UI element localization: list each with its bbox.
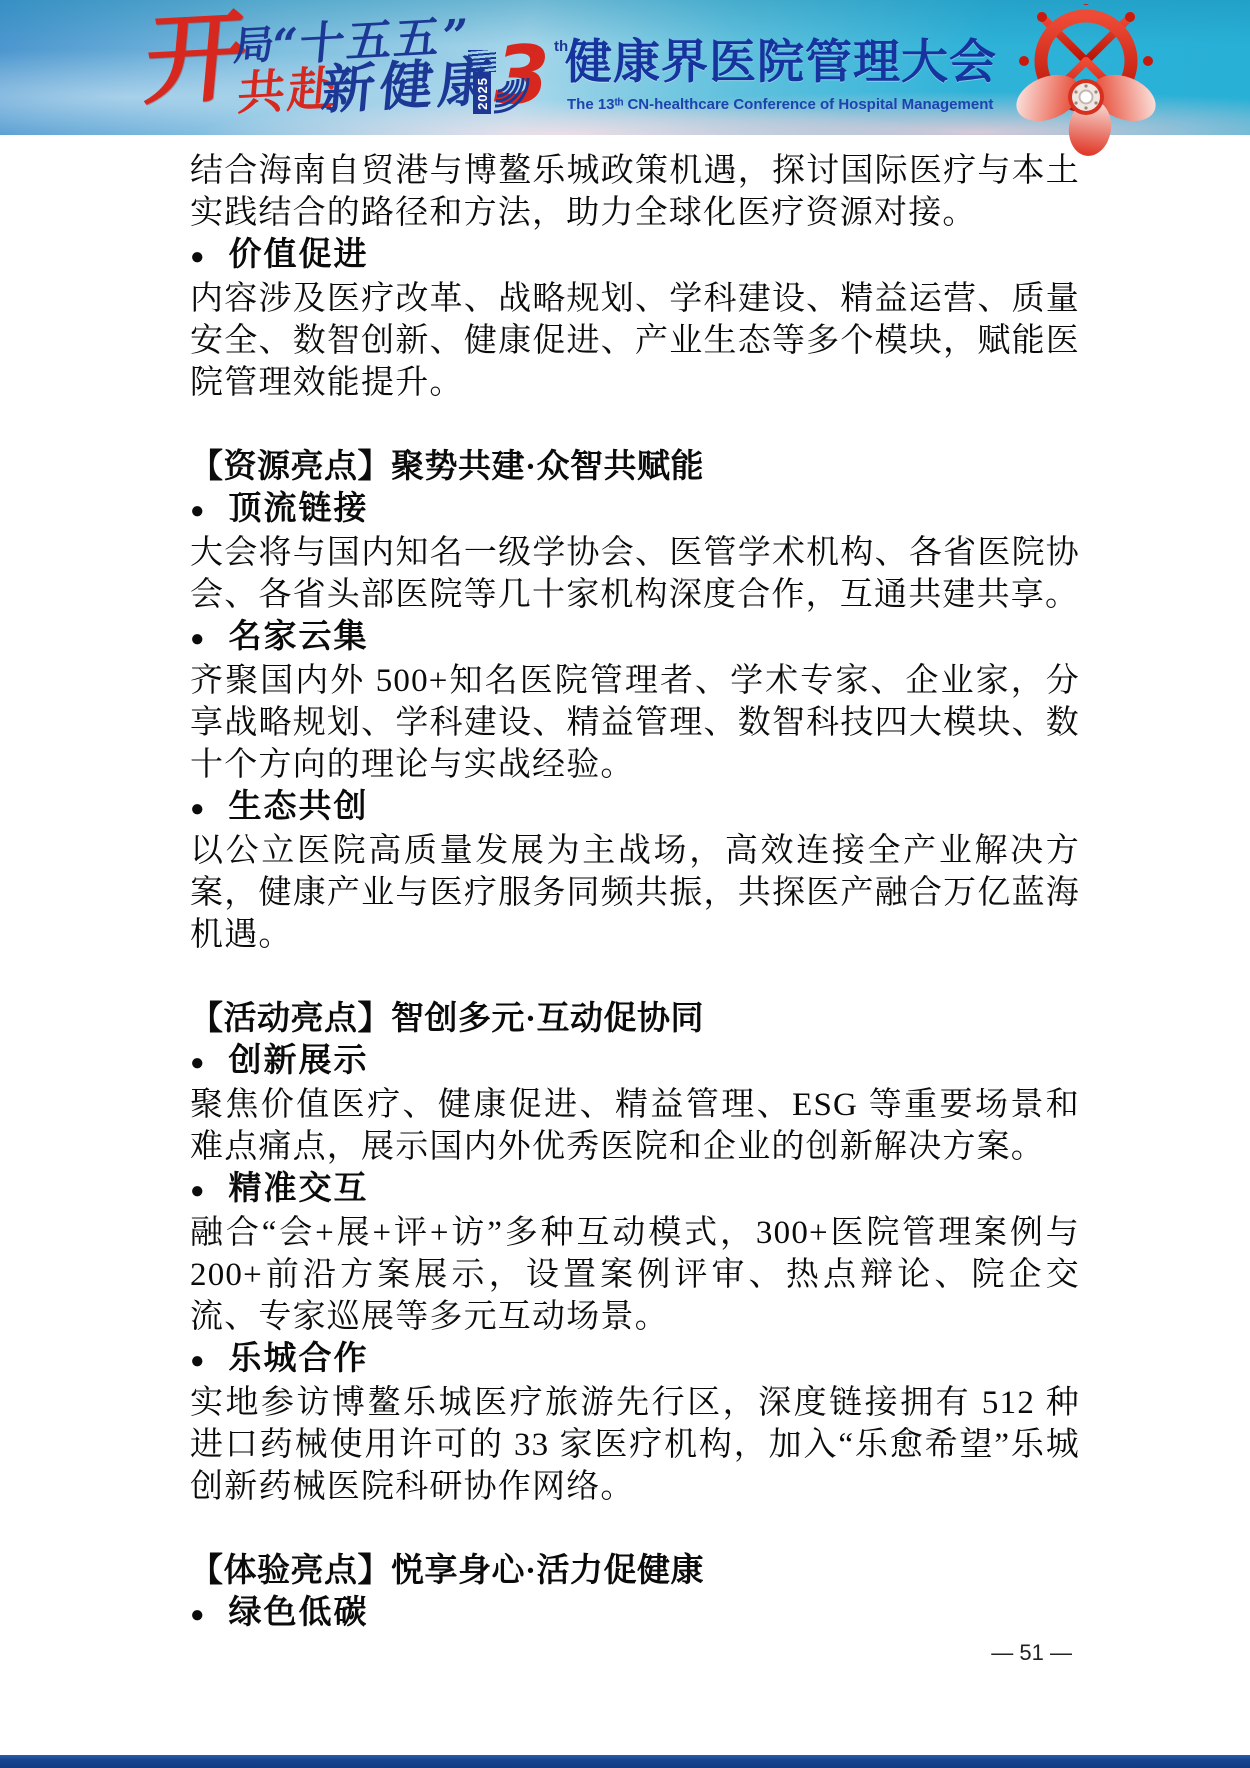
logo-13th: 2025 3 th xyxy=(468,48,578,118)
bullet-item: ●价值促进 xyxy=(190,234,1080,278)
bullet-icon: ● xyxy=(190,618,205,660)
bullet-label: 生态共创 xyxy=(229,789,369,825)
bullet-label: 顶流链接 xyxy=(229,491,369,527)
header-banner: 开 局 “十五五” 共赴 新健康 2025 3 th xyxy=(0,0,1250,135)
bullet-label: 创新展示 xyxy=(229,1043,369,1079)
bottom-bar xyxy=(0,1755,1250,1768)
bullet-icon: ● xyxy=(190,236,205,278)
body-paragraph: 内容涉及医疗改革、战略规划、学科建设、精益运营、质量安全、数智创新、健康促进、产… xyxy=(190,278,1080,404)
body-paragraph: 齐聚国内外 500+知名医院管理者、学术专家、企业家，分享战略规划、学科建设、精… xyxy=(190,660,1080,786)
logo-digit1-stripes-icon xyxy=(468,50,496,72)
logo-year-box: 2025 xyxy=(473,72,491,114)
conference-title-cn: 健康界医院管理大会 xyxy=(565,36,997,90)
page-content: 结合海南自贸港与博鳌乐城政策机遇，探讨国际医疗与本土实践结合的路径和方法，助力全… xyxy=(190,140,1080,1636)
page-number: — 51 — xyxy=(991,1640,1072,1666)
logo-year: 2025 xyxy=(475,77,490,110)
body-paragraph: 以公立医院高质量发展为主战场，高效连接全产业解决方案，健康产业与医疗服务同频共振… xyxy=(190,830,1080,956)
bullet-item: ●精准交互 xyxy=(190,1168,1080,1212)
body-paragraph: 大会将与国内知名一级学协会、医管学术机构、各省医院协会、各省头部医院等几十家机构… xyxy=(190,532,1080,616)
body-paragraph: 结合海南自贸港与博鳌乐城政策机遇，探讨国际医疗与本土实践结合的路径和方法，助力全… xyxy=(190,150,1080,234)
bullet-item: ●乐城合作 xyxy=(190,1338,1080,1382)
conference-title-en: The 13ᵗʰ CN-healthcare Conference of Hos… xyxy=(567,96,993,113)
body-paragraph: 实地参访博鳌乐城医疗旅游先行区，深度链接拥有 512 种进口药械使用许可的 33… xyxy=(190,1382,1080,1508)
bullet-icon: ● xyxy=(190,1594,205,1636)
bullet-icon: ● xyxy=(190,1170,205,1212)
bullet-label: 乐城合作 xyxy=(229,1341,369,1377)
bullet-label: 绿色低碳 xyxy=(229,1595,369,1631)
bullet-item: ●名家云集 xyxy=(190,616,1080,660)
section-heading: 【活动亮点】智创多元·互动促协同 xyxy=(190,998,1080,1040)
bullet-icon: ● xyxy=(190,1340,205,1382)
bullet-label: 名家云集 xyxy=(229,619,369,655)
bullet-item: ●创新展示 xyxy=(190,1040,1080,1084)
bullet-item: ●顶流链接 xyxy=(190,488,1080,532)
bullet-icon: ● xyxy=(190,490,205,532)
conference-titles: 健康界医院管理大会 The 13ᵗʰ CN-healthcare Confere… xyxy=(565,36,1015,126)
bullet-icon: ● xyxy=(190,1042,205,1084)
bullet-label: 精准交互 xyxy=(229,1171,369,1207)
section-heading: 【资源亮点】聚势共建·众智共赋能 xyxy=(190,446,1080,488)
logo-ripple-arcs-icon xyxy=(490,76,532,116)
body-paragraph: 融合“会+展+评+访”多种互动模式，300+医院管理案例与 200+前沿方案展示… xyxy=(190,1212,1080,1338)
document-page: 开 局 “十五五” 共赴 新健康 2025 3 th xyxy=(0,0,1250,1768)
bullet-item: ●生态共创 xyxy=(190,786,1080,830)
ship-wheel-icon xyxy=(1002,4,1170,160)
section-heading: 【体验亮点】悦享身心·活力促健康 xyxy=(190,1550,1080,1592)
bullet-label: 价值促进 xyxy=(229,237,369,273)
bullet-icon: ● xyxy=(190,788,205,830)
bullet-item: ●绿色低碳 xyxy=(190,1592,1080,1636)
body-paragraph: 聚焦价值医疗、健康促进、精益管理、ESG 等重要场景和难点痛点，展示国内外优秀医… xyxy=(190,1084,1080,1168)
